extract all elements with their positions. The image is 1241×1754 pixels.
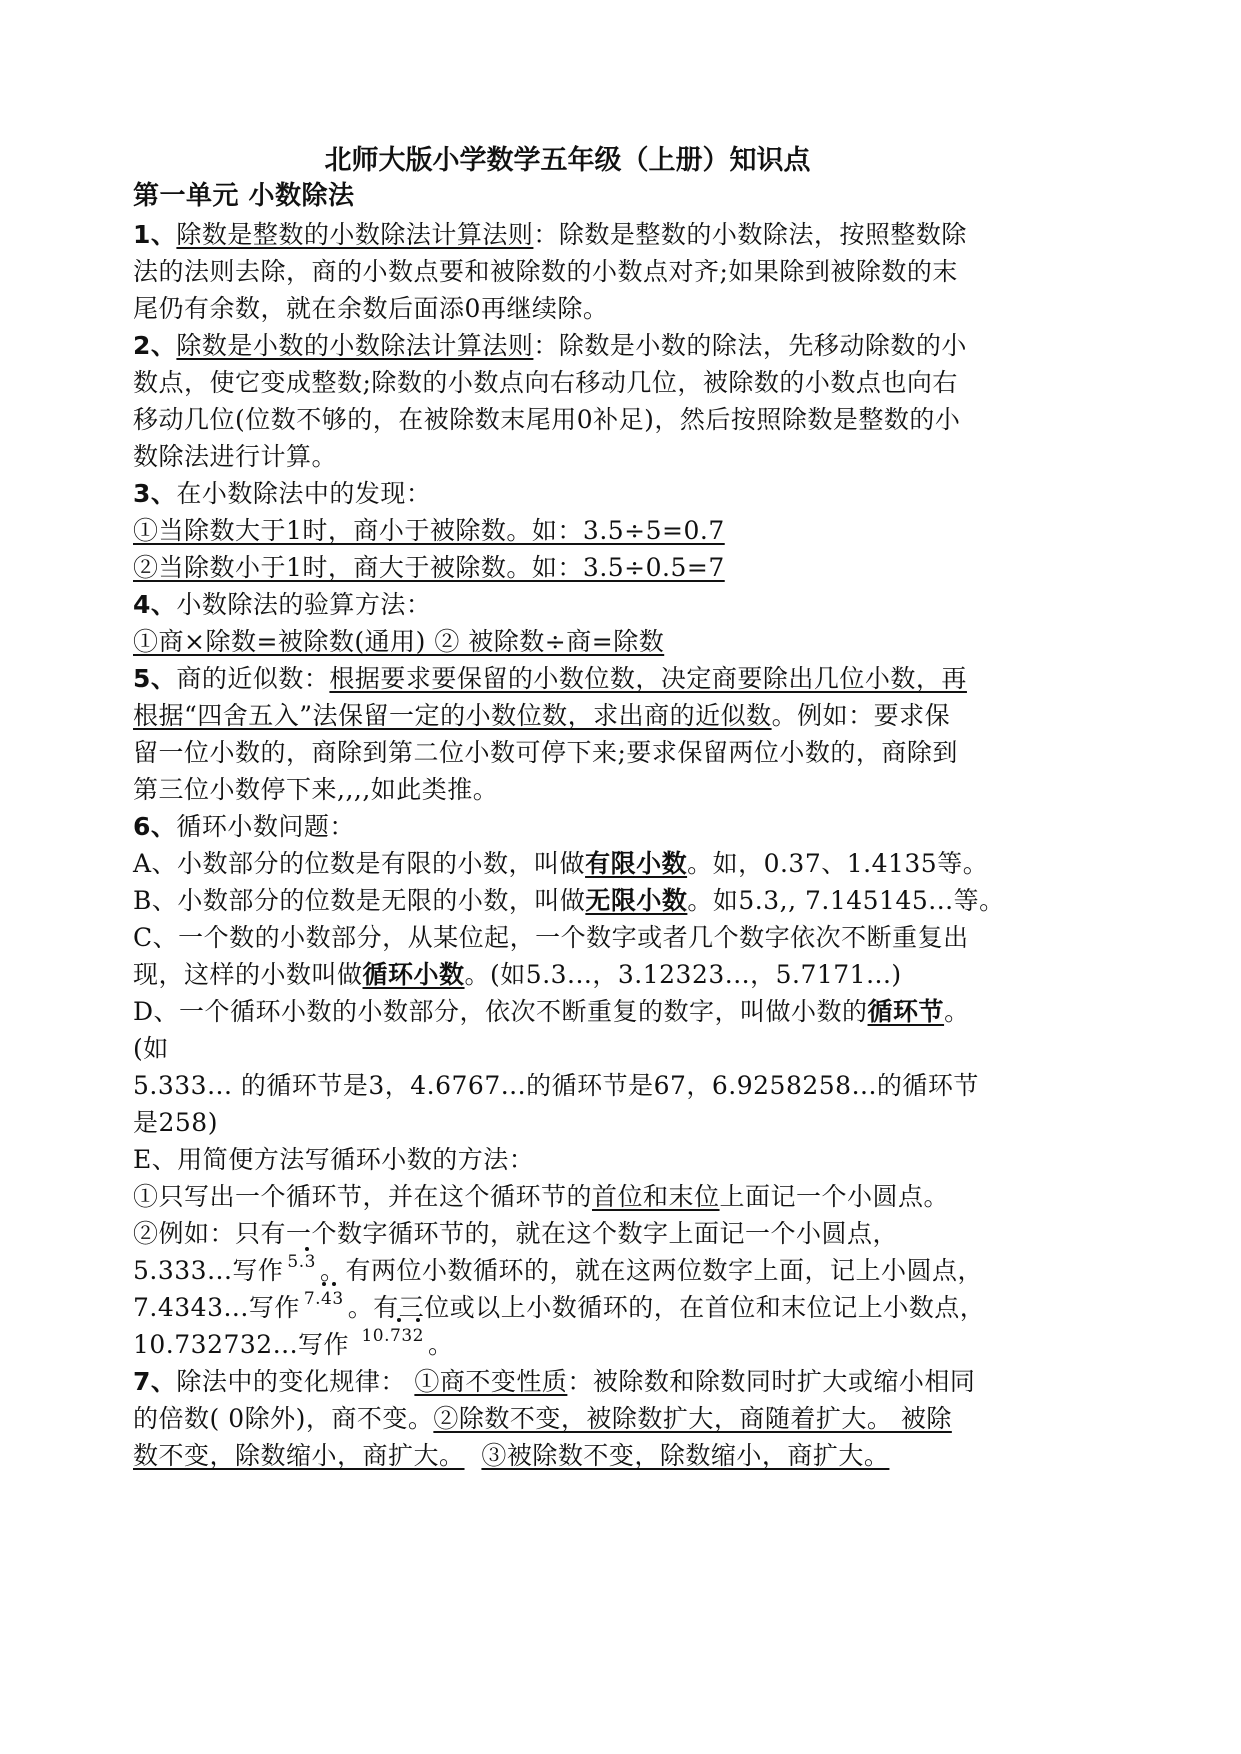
section-2-line-2: 数点，使它变成整数;除数的小数点向右移动几位，被除数的小数点也向右 (133, 364, 958, 401)
section-number: 3、 (133, 479, 176, 508)
section-6-b: B、小数部分的位数是无限的小数，叫做无限小数。如5.3,, 7.145145..… (133, 882, 1005, 919)
section-5-line-4: 第三位小数停下来,,,,如此类推。 (133, 771, 498, 808)
section-2-line-1: 2、除数是小数的小数除法计算法则：除数是小数的除法，先移动除数的小 (133, 327, 967, 364)
section-6-e-item-2-line-1: ②例如：只有一个数字循环节的，就在这个数字上面记一个小圆点， (133, 1215, 898, 1252)
text: ：被除数和除数同时扩大或缩小相同 (567, 1367, 975, 1396)
heading-text: 循环小数问题： (176, 812, 355, 841)
underlined-text: 根据要求要保留的小数位数，决定商要除出几位小数，再 (329, 664, 967, 693)
section-3-item-2: ②当除数小于1时，商大于被除数。如：3.5÷0.5=7 (133, 549, 725, 586)
section-6-d-line-4: 是258) (133, 1104, 218, 1141)
section-3-item-1: ①当除数大于1时，商小于被除数。如：3.5÷5=0.7 (133, 512, 725, 549)
section-7-line-2: 的倍数( 0除外)，商不变。②除数不变，被除数扩大，商随着扩大。 被除 (133, 1400, 952, 1437)
section-6-e-heading: E、用简便方法写循环小数的方法： (133, 1141, 534, 1178)
text: 5.333...写作 (133, 1256, 283, 1285)
text: A、小数部分的位数是有限的小数，叫做 (133, 849, 585, 878)
text: 。 (428, 1330, 454, 1359)
repeating-decimal-notation: 5.3 (287, 1252, 316, 1272)
text: 。例如：要求保 (772, 701, 951, 730)
label: 商的近似数： (176, 664, 329, 693)
heading-text: 在小数除法中的发现： (176, 479, 431, 508)
section-7-line-1: 7、除法中的变化规律： ①商不变性质：被除数和除数同时扩大或缩小相同 (133, 1363, 975, 1400)
section-5-line-3: 留一位小数的，商除到第二位小数可停下来;要求保留两位小数的，商除到 (133, 734, 958, 771)
section-number: 7、 (133, 1367, 176, 1396)
section-1-line-2: 法的法则去除，商的小数点要和被除数的小数点对齐;如果除到被除数的末 (133, 253, 958, 290)
section-5-line-1: 5、商的近似数：根据要求要保留的小数位数，决定商要除出几位小数，再 (133, 660, 967, 697)
section-6-e-example-1: 5.333...写作5.3。有两位小数循环的，就在这两位数字上面，记上小圆点， (133, 1252, 983, 1289)
section-6-d-line-3: 5.333... 的循环节是3，4.6767...的循环节是67，6.92582… (133, 1067, 979, 1104)
underlined-text: 根据“四舍五入”法保留一定的小数位数，求出商的近似数 (133, 701, 772, 730)
section-6-e-example-2: 7.4343...写作7.43。有三位或以上小数循环的，在首位和末位记上小数点， (133, 1289, 985, 1326)
section-6-d-line-1: D、一个循环小数的小数部分，依次不断重复的数字，叫做小数的循环节。 (133, 993, 970, 1030)
text: 。有三位或以上小数循环的，在首位和末位记上小数点， (348, 1293, 986, 1322)
number: 10.732 (361, 1326, 423, 1346)
underlined-text: 数不变，除数缩小，商扩大。 (133, 1441, 465, 1470)
section-1-line-3: 尾仍有余数，就在余数后面添0再继续除。 (133, 290, 608, 327)
repeat-dot-icon (322, 1282, 326, 1286)
text: 上面记一个小圆点。 (720, 1182, 950, 1211)
section-2-line-3: 移动几位(位数不够的，在被除数末尾用0补足)，然后按照除数是整数的小 (133, 401, 960, 438)
text: D、一个循环小数的小数部分，依次不断重复的数字，叫做小数的 (133, 997, 868, 1026)
underlined-text: ③被除数不变，除数缩小，商扩大。 (481, 1441, 889, 1470)
text: 。如5.3,, 7.145145...等。 (687, 886, 1004, 915)
term-repeating-decimal: 循环小数 (363, 960, 465, 989)
text: ：除数是小数的除法，先移动除数的小 (533, 331, 967, 360)
section-6-a: A、小数部分的位数是有限的小数，叫做有限小数。如，0.37、1.4135等。 (133, 845, 988, 882)
rule-label: 除数是小数的小数除法计算法则 (176, 331, 533, 360)
section-number: 2、 (133, 331, 176, 360)
underlined-text: ①商不变性质 (414, 1367, 567, 1396)
section-number: 1、 (133, 220, 176, 249)
underlined-text: 首位和末位 (592, 1182, 720, 1211)
text: 的倍数( 0除外)，商不变。 (133, 1404, 433, 1433)
section-4-item-1: ①商×除数=被除数(通用) ② 被除数÷商=除数 (133, 623, 664, 660)
section-6-e-item-1: ①只写出一个循环节，并在这个循环节的首位和末位上面记一个小圆点。 (133, 1178, 949, 1215)
unit-heading: 第一单元 小数除法 (133, 178, 355, 215)
text: ①只写出一个循环节，并在这个循环节的 (133, 1182, 592, 1211)
text: 现，这样的小数叫做 (133, 960, 363, 989)
repeating-decimal-notation: 10.732 (361, 1326, 423, 1346)
text: 。(如5.3...，3.12323...，5.7171...) (465, 960, 902, 989)
section-6-heading: 6、循环小数问题： (133, 808, 355, 845)
heading-text: 小数除法的验算方法： (176, 590, 431, 619)
document-title: 北师大版小学数学五年级（上册）知识点 (0, 138, 1135, 177)
text: 7.4343...写作 (133, 1293, 300, 1322)
number: 5.3 (287, 1252, 316, 1272)
section-1-line-1: 1、除数是整数的小数除法计算法则：除数是整数的小数除法，按照整数除 (133, 216, 967, 253)
section-6-c-line-2: 现，这样的小数叫做循环小数。(如5.3...，3.12323...，5.7171… (133, 956, 902, 993)
number: 7.43 (304, 1289, 344, 1309)
repeating-decimal-notation: 7.43 (304, 1289, 344, 1309)
text: B、小数部分的位数是无限的小数，叫做 (133, 886, 585, 915)
repeat-dot-icon (332, 1282, 336, 1286)
text: 。如，0.37、1.4135等。 (687, 849, 988, 878)
section-number: 4、 (133, 590, 176, 619)
section-3-heading: 3、在小数除法中的发现： (133, 475, 431, 512)
text: ：除数是整数的小数除法，按照整数除 (533, 220, 967, 249)
section-6-d-line-2: (如 (133, 1030, 169, 1067)
text: 。 (944, 997, 970, 1026)
section-7-line-3: 数不变，除数缩小，商扩大。 ③被除数不变，除数缩小，商扩大。 (133, 1437, 889, 1474)
section-5-line-2: 根据“四舍五入”法保留一定的小数位数，求出商的近似数。例如：要求保 (133, 697, 950, 734)
text: 。有两位小数循环的，就在这两位数字上面，记上小圆点， (320, 1256, 983, 1285)
section-2-line-4: 数除法进行计算。 (133, 438, 337, 475)
section-4-heading: 4、小数除法的验算方法： (133, 586, 431, 623)
term-infinite-decimal: 无限小数 (585, 886, 687, 915)
label: 除法中的变化规律： (176, 1367, 406, 1396)
underlined-text: ②除数不变，被除数扩大，商随着扩大。 被除 (433, 1404, 951, 1433)
section-number: 5、 (133, 664, 176, 693)
text: 10.732732...写作 (133, 1330, 357, 1359)
rule-label: 除数是整数的小数除法计算法则 (176, 220, 533, 249)
section-6-e-example-3: 10.732732...写作 10.732。 (133, 1326, 453, 1363)
section-6-c-line-1: C、一个数的小数部分，从某位起，一个数字或者几个数字依次不断重复出 (133, 919, 969, 956)
section-number: 6、 (133, 812, 176, 841)
term-repetend: 循环节 (868, 997, 945, 1026)
term-finite-decimal: 有限小数 (585, 849, 687, 878)
